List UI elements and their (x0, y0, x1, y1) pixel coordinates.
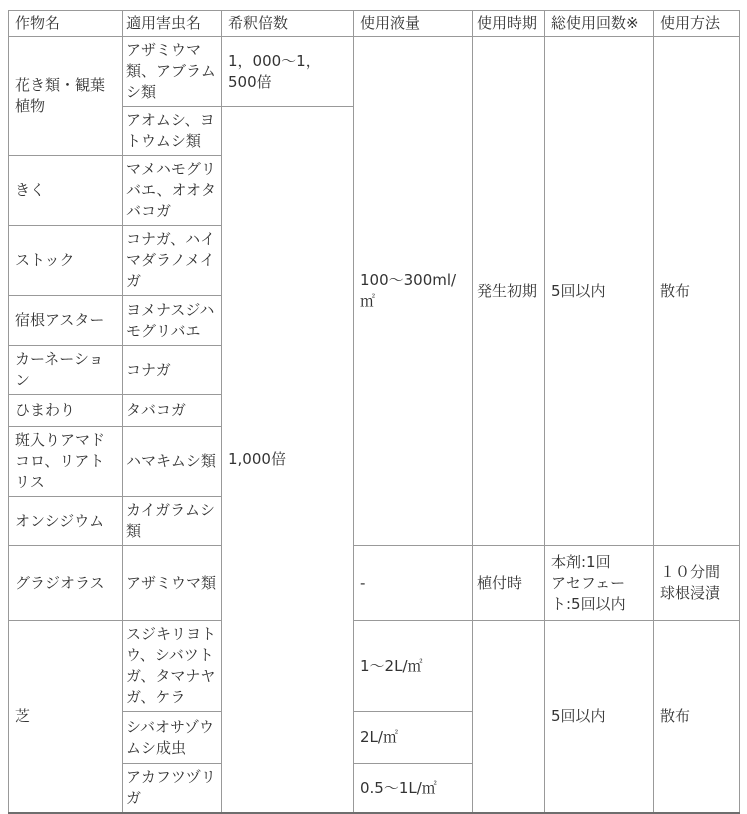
pest-cell: アザミウマ類 (123, 546, 222, 621)
pest-cell: アカフツヅリガ (123, 764, 222, 814)
page: 作物名 適用害虫名 希釈倍数 使用液量 使用時期 総使用回数※ 使用方法 花き類… (0, 0, 747, 814)
table-header-row: 作物名 適用害虫名 希釈倍数 使用液量 使用時期 総使用回数※ 使用方法 (9, 11, 740, 37)
crop-cell: オンシジウム (9, 497, 123, 546)
dilution-cell: 1，000～1，500倍 (222, 37, 354, 107)
timing-cell (473, 621, 545, 814)
crop-cell: ストック (9, 226, 123, 296)
crop-cell: ひまわり (9, 395, 123, 427)
pest-cell: アザミウマ類、アブラムシ類 (123, 37, 222, 107)
method-cell: 散布 (654, 621, 740, 814)
column-header-total-count: 総使用回数※ (545, 11, 654, 37)
volume-cell: - (354, 546, 473, 621)
volume-cell: 1～2L/㎡ (354, 621, 473, 712)
pesticide-usage-table: 作物名 適用害虫名 希釈倍数 使用液量 使用時期 総使用回数※ 使用方法 花き類… (8, 10, 740, 814)
volume-cell: 0.5～1L/㎡ (354, 764, 473, 814)
total-count-cell: 5回以内 (545, 37, 654, 546)
timing-cell: 発生初期 (473, 37, 545, 546)
pest-cell: ヨメナスジハモグリバエ (123, 296, 222, 346)
dilution-cell: 1,000倍 (222, 107, 354, 814)
table-row: グラジオラス アザミウマ類 - 植付時 本剤:1回 アセフェート:5回以内 １０… (9, 546, 740, 621)
crop-cell: カーネーション (9, 346, 123, 395)
volume-cell: 2L/㎡ (354, 712, 473, 764)
table-row: 芝 スジキリヨトウ、シバツトガ、タマナヤガ、ケラ 1～2L/㎡ 5回以内 散布 (9, 621, 740, 712)
column-header-pest: 適用害虫名 (123, 11, 222, 37)
method-cell: 散布 (654, 37, 740, 546)
table-row: 花き類・観葉植物 アザミウマ類、アブラムシ類 1，000～1，500倍 100～… (9, 37, 740, 107)
column-header-timing: 使用時期 (473, 11, 545, 37)
column-header-dilution: 希釈倍数 (222, 11, 354, 37)
pest-cell: スジキリヨトウ、シバツトガ、タマナヤガ、ケラ (123, 621, 222, 712)
total-count-cell: 5回以内 (545, 621, 654, 814)
pest-cell: アオムシ、ヨトウムシ類 (123, 107, 222, 156)
volume-cell: 100～300ml/㎡ (354, 37, 473, 546)
pest-cell: コナガ (123, 346, 222, 395)
crop-cell: 宿根アスター (9, 296, 123, 346)
crop-cell: グラジオラス (9, 546, 123, 621)
total-count-cell: 本剤:1回 アセフェート:5回以内 (545, 546, 654, 621)
method-cell: １０分間球根浸漬 (654, 546, 740, 621)
pest-cell: マメハモグリバエ、オオタバコガ (123, 156, 222, 226)
pest-cell: ハマキムシ類 (123, 427, 222, 497)
pest-cell: カイガラムシ類 (123, 497, 222, 546)
crop-cell: きく (9, 156, 123, 226)
crop-cell: 花き類・観葉植物 (9, 37, 123, 156)
column-header-volume: 使用液量 (354, 11, 473, 37)
column-header-crop: 作物名 (9, 11, 123, 37)
pest-cell: シバオサゾウムシ成虫 (123, 712, 222, 764)
pest-cell: タバコガ (123, 395, 222, 427)
pest-cell: コナガ、ハイマダラノメイガ (123, 226, 222, 296)
crop-cell: 芝 (9, 621, 123, 814)
column-header-method: 使用方法 (654, 11, 740, 37)
timing-cell: 植付時 (473, 546, 545, 621)
crop-cell: 斑入りアマドコロ、リアトリス (9, 427, 123, 497)
